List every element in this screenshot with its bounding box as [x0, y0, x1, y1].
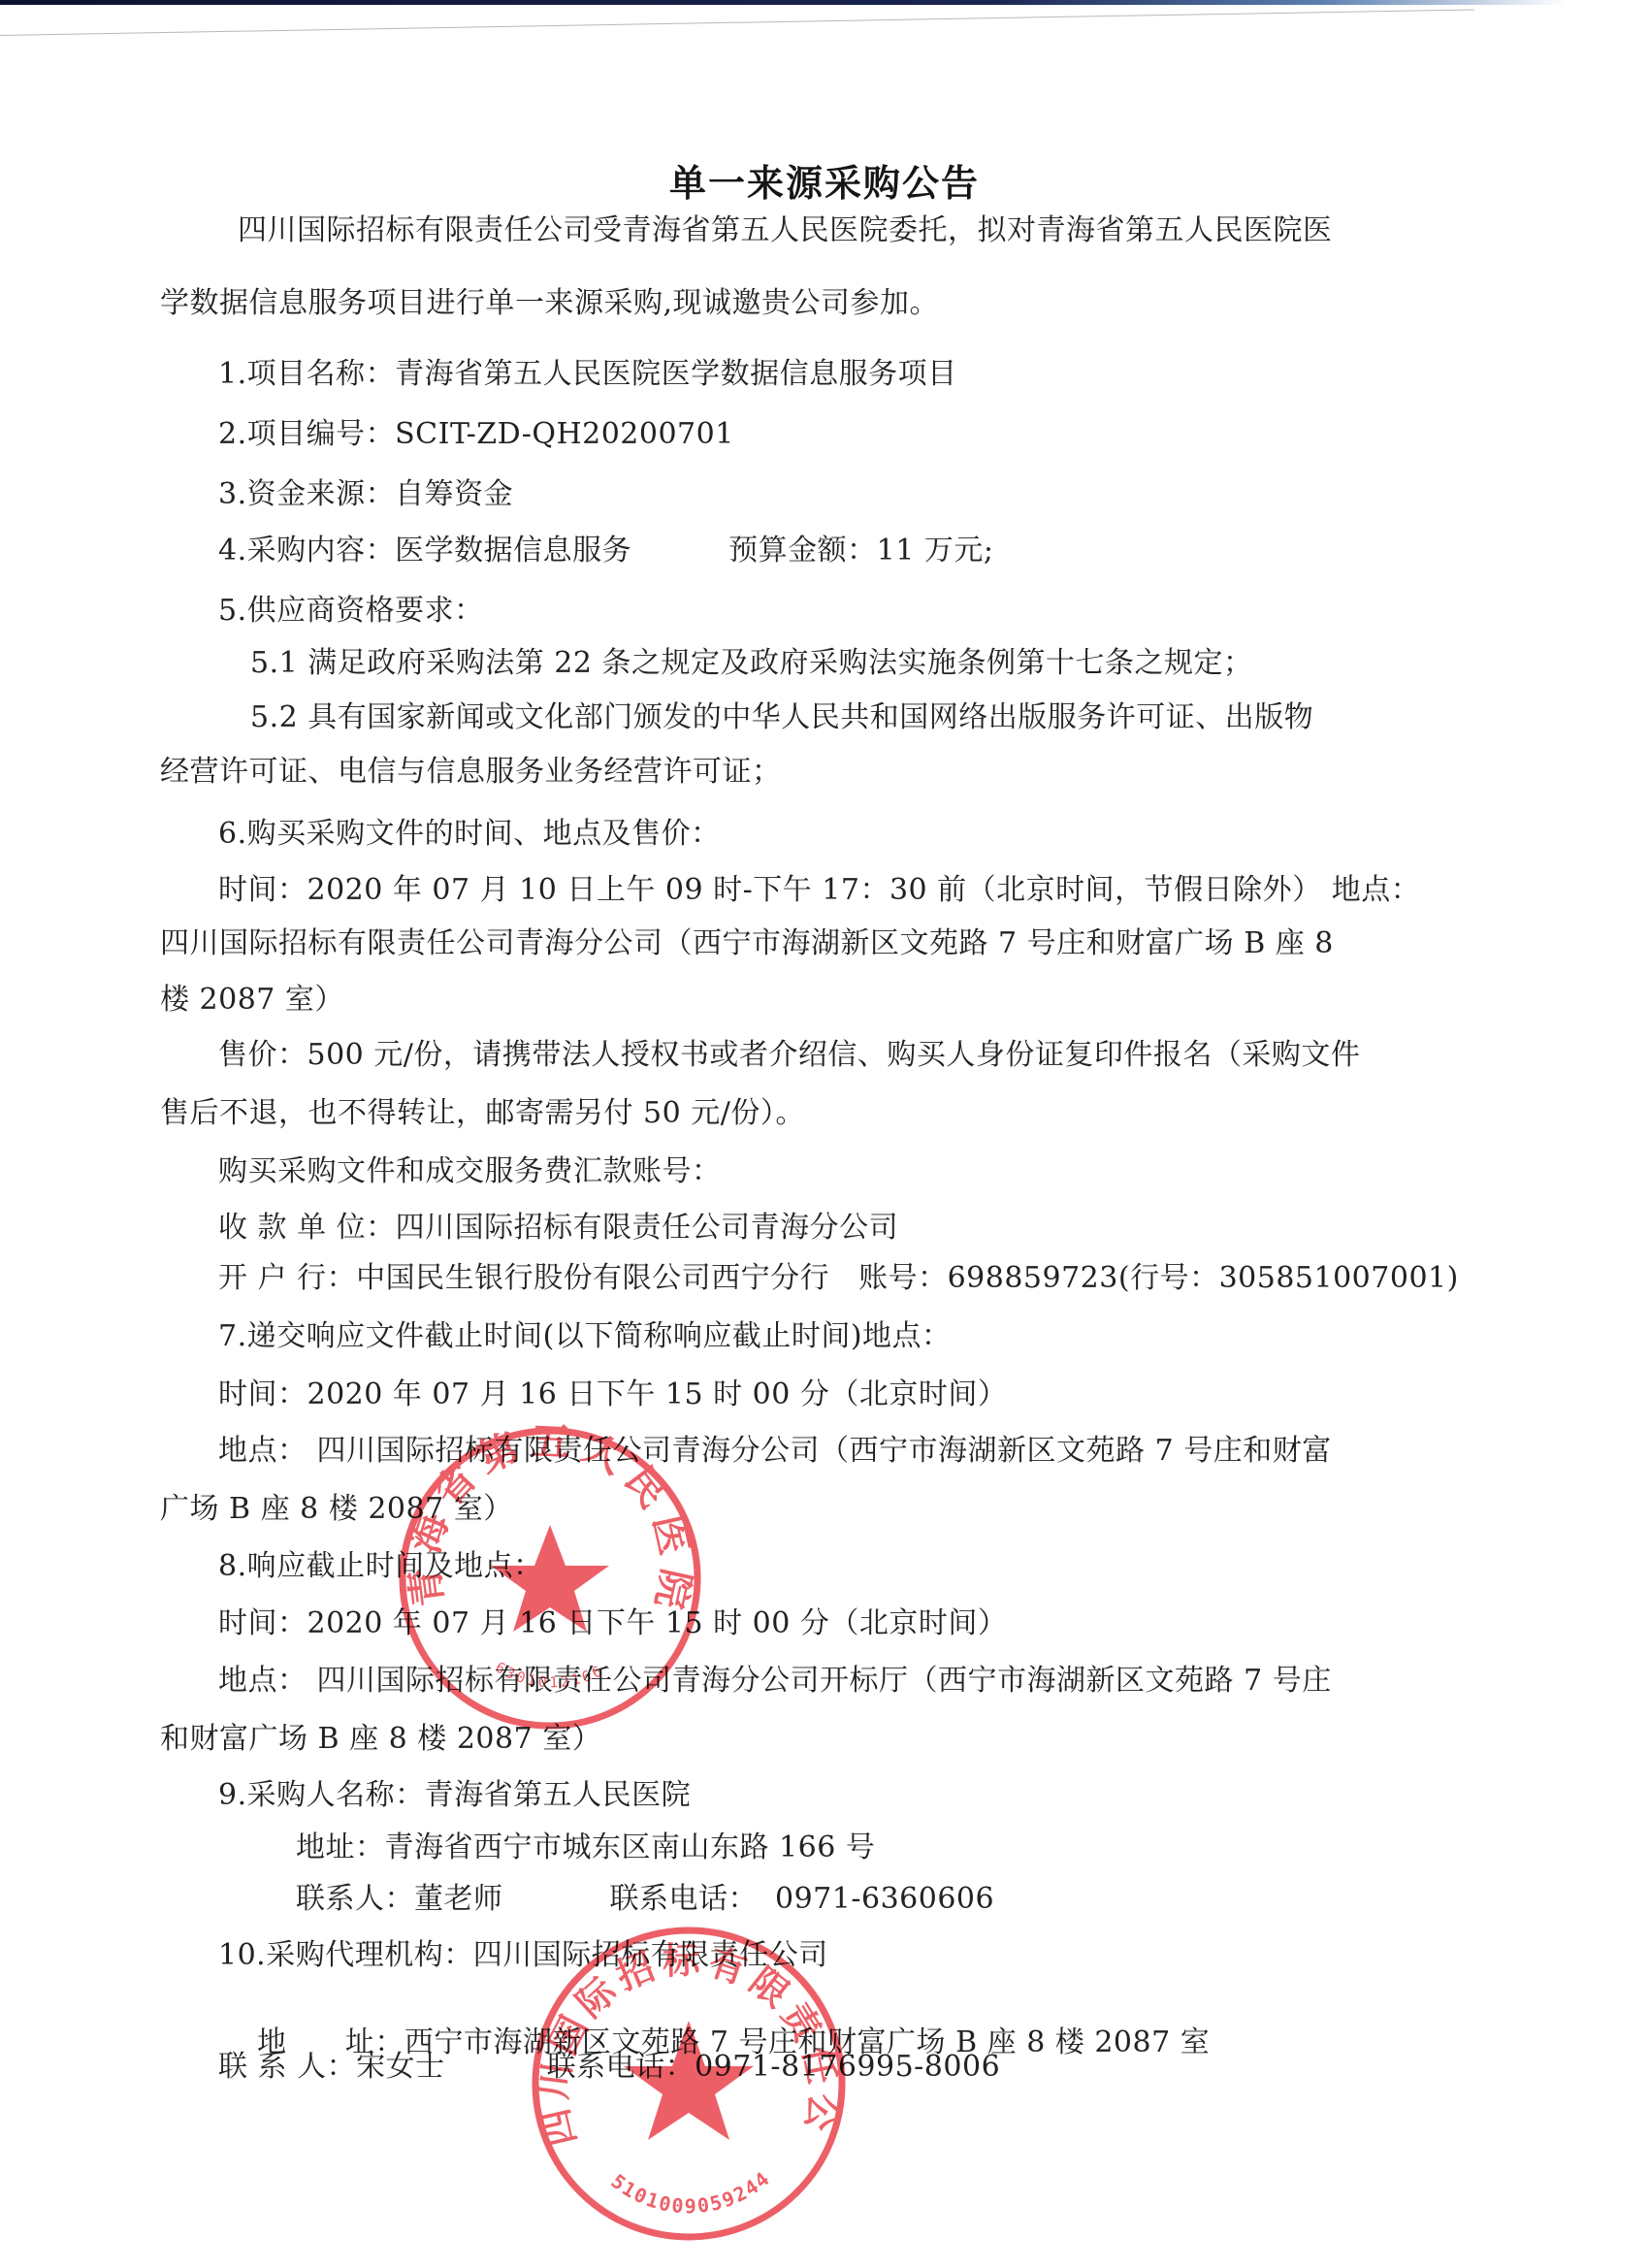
submission-place-line-2: 广场 B 座 8 楼 2087 室）: [160, 1492, 513, 1527]
purchaser-phone-label: 联系电话：: [610, 1882, 759, 1916]
qualification-req-2-line-1: 5.2 具有国家新闻或文化部门颁发的中华人民共和国网络出版服务许可证、出版物: [250, 700, 1313, 735]
item-purchaser: 9.采购人名称：青海省第五人民医院: [218, 1778, 691, 1813]
intro-line-2: 学数据信息服务项目进行单一来源采购,现诚邀贵公司参加。: [160, 286, 939, 321]
item-fund-source: 3.资金来源：自筹资金: [218, 477, 513, 512]
qualification-req-1: 5.1 满足政府采购法第 22 条之规定及政府采购法实施条例第十七条之规定；: [250, 646, 1253, 681]
agency-contact-label: 联 系 人：: [218, 2050, 356, 2084]
deadline-place-line-2: 和财富广场 B 座 8 楼 2087 室）: [160, 1722, 601, 1757]
purchase-docs-place-line-1: 四川国际招标有限责任公司青海分公司（西宁市海湖新区文苑路 7 号庄和财富广场 B…: [160, 926, 1334, 961]
account-label: 账号：: [858, 1261, 948, 1295]
qualification-req-2-line-2: 经营许可证、电信与信息服务业务经营许可证；: [160, 755, 782, 790]
agency-label: 10.采购代理机构：: [218, 1938, 473, 1972]
purchaser-contact: 联系人：董老师联系电话：0971-6360606: [296, 1882, 994, 1917]
purchaser-contact-value: 董老师: [414, 1882, 503, 1916]
purchaser-address: 地址：青海省西宁市城东区南山东路 166 号: [296, 1831, 875, 1865]
item-qualification-label: 5.供应商资格要求：: [218, 594, 484, 629]
agency-phone-value: 0971-8176995-8006: [695, 2050, 1000, 2084]
payee-label: 收 款 单 位：: [218, 1211, 396, 1245]
bank-label: 开 户 行：: [218, 1261, 356, 1295]
fund-source-value: 自筹资金: [395, 477, 513, 511]
deadline-time: 时间：2020 年 07 月 16 日下午 15 时 00 分（北京时间）: [218, 1606, 1007, 1641]
purchase-docs-time: 时间：2020 年 07 月 10 日上午 09 时-下午 17：30 前（北京…: [218, 873, 1420, 908]
budget-label: 预算金额：: [728, 534, 877, 567]
submission-place-line-1: 地点： 四川国际招标有限责任公司青海分公司（西宁市海湖新区文苑路 7 号庄和财富: [218, 1434, 1332, 1469]
agency-phone-label: 联系电话：: [547, 2050, 695, 2084]
project-name-value: 青海省第五人民医院医学数据信息服务项目: [395, 357, 957, 391]
fund-source-label: 3.资金来源：: [218, 477, 395, 511]
project-number-label: 2.项目编号：: [218, 417, 395, 451]
content-label: 4.采购内容：: [218, 534, 395, 567]
item-submission-label: 7.递交响应文件截止时间(以下简称响应截止时间)地点：: [218, 1319, 952, 1354]
purchase-docs-place-line-2: 楼 2087 室）: [160, 983, 344, 1018]
purchase-docs-price-line-2: 售后不退，也不得转让，邮寄需另付 50 元/份）。: [160, 1096, 805, 1131]
item-agency: 10.采购代理机构：四川国际招标有限责任公司: [218, 1938, 828, 1973]
bank-number: (行号：305851007001): [1118, 1261, 1459, 1295]
content-value: 医学数据信息服务: [395, 534, 631, 567]
account-value: 698859723: [948, 1261, 1118, 1295]
intro-line-1: 四川国际招标有限责任公司受青海省第五人民医院委托，拟对青海省第五人民医院医: [238, 213, 1333, 248]
svg-text:5101009059244: 5101009059244: [607, 2166, 775, 2218]
bank-value: 中国民生银行股份有限公司西宁分行: [356, 1261, 829, 1295]
purchaser-contact-label: 联系人：: [296, 1882, 414, 1916]
project-name-label: 1.项目名称：: [218, 357, 395, 391]
agency-contact-value: 宋女士: [356, 2050, 445, 2084]
purchaser-address-label: 地址：: [296, 1831, 385, 1864]
item-project-name: 1.项目名称：青海省第五人民医院医学数据信息服务项目: [218, 357, 957, 392]
payee-line: 收 款 单 位：四川国际招标有限责任公司青海分公司: [218, 1211, 898, 1246]
purchaser-phone-value: 0971-6360606: [775, 1882, 994, 1916]
payee-value: 四川国际招标有限责任公司青海分公司: [396, 1211, 899, 1245]
account-heading: 购买采购文件和成交服务费汇款账号：: [218, 1154, 722, 1189]
purchaser-label: 9.采购人名称：: [218, 1778, 425, 1812]
project-number-value: SCIT-ZD-QH20200701: [395, 417, 734, 451]
agency-value: 四川国际招标有限责任公司: [473, 1938, 828, 1972]
agency-contact: 联 系 人：宋女士联系电话：0971-8176995-8006: [218, 2050, 1000, 2085]
item-procurement-content: 4.采购内容：医学数据信息服务预算金额：11 万元;: [218, 534, 993, 568]
budget-value: 11 万元;: [877, 534, 994, 567]
purchase-docs-price-line-1: 售价：500 元/份，请携带法人授权书或者介绍信、购买人身份证复印件报名（采购文…: [218, 1038, 1360, 1073]
item-deadline-label: 8.响应截止时间及地点：: [218, 1549, 543, 1584]
procurement-notice-page: 单一来源采购公告 四川国际招标有限责任公司受青海省第五人民医院委托，拟对青海省第…: [0, 0, 1649, 2268]
submission-time: 时间：2020 年 07 月 16 日下午 15 时 00 分（北京时间）: [218, 1377, 1007, 1412]
item-project-number: 2.项目编号：SCIT-ZD-QH20200701: [218, 417, 734, 452]
bank-line: 开 户 行：中国民生银行股份有限公司西宁分行账号：698859723(行号：30…: [218, 1261, 1459, 1296]
purchaser-address-value: 青海省西宁市城东区南山东路 166 号: [385, 1831, 876, 1864]
document-title: 单一来源采购公告: [0, 153, 1649, 207]
item-purchase-docs-label: 6.购买采购文件的时间、地点及售价：: [218, 817, 721, 852]
deadline-place-line-1: 地点： 四川国际招标有限责任公司青海分公司开标厅（西宁市海湖新区文苑路 7 号庄: [218, 1664, 1332, 1699]
purchaser-value: 青海省第五人民医院: [425, 1778, 692, 1812]
